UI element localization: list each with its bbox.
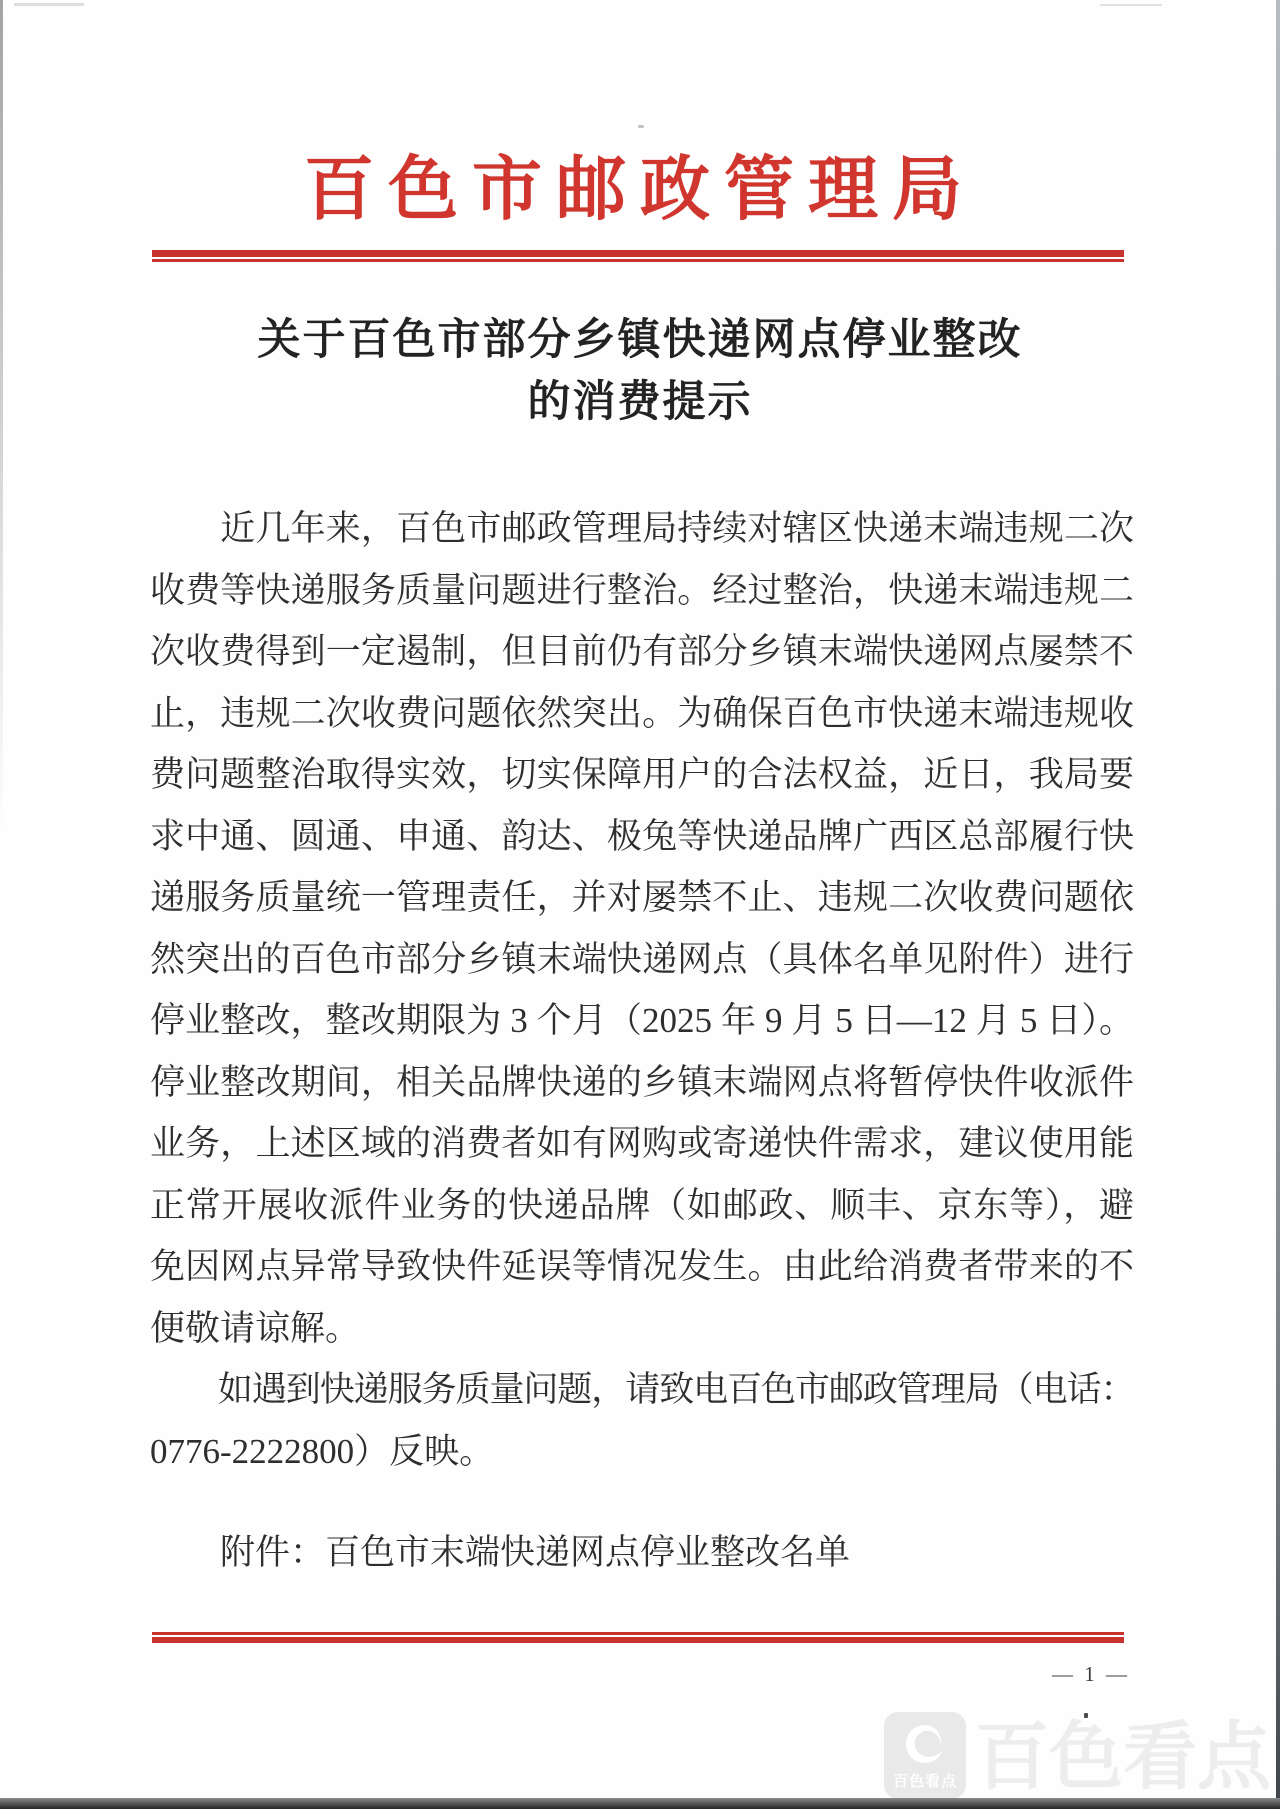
body-line: 近几年来，百色市邮政管理局持续对辖区快递末端违规二次: [150, 498, 1134, 560]
body-line: 止，违规二次收费问题依然突出。为确保百色市快递末端违规收: [150, 683, 1134, 745]
scan-speck: [1084, 1713, 1088, 1718]
agency-letterhead: 百色市邮政管理局: [0, 150, 1280, 232]
page-number: — 1 —: [1052, 1662, 1130, 1687]
body-line: 次收费得到一定遏制，但目前仍有部分乡镇末端快递网点屡禁不: [150, 621, 1134, 683]
body-line: 便敬请谅解。: [150, 1298, 1134, 1360]
page-edge-right: [1276, 0, 1280, 1809]
watermark-big-text: 百色看点: [975, 1698, 1271, 1804]
scan-artifact-line: [14, 3, 84, 6]
body-line: 然突出的百色市部分乡镇末端快递网点（具体名单见附件）进行: [150, 929, 1134, 991]
scanned-document-page: 百色市邮政管理局 关于百色市部分乡镇快递网点停业整改的消费提示 近几年来，百色市…: [0, 0, 1280, 1809]
body-line: 如遇到快递服务质量问题，请致电百色市邮政管理局（电话：: [150, 1359, 1134, 1421]
watermark: 百色看点 百色看点: [884, 1698, 1276, 1802]
watermark-logo-tile: 百色看点: [884, 1712, 966, 1799]
title-line-2: 的消费提示: [528, 379, 753, 426]
document-title: 关于百色市部分乡镇快递网点停业整改的消费提示: [0, 310, 1280, 434]
body-line: 免因网点异常导致快件延误等情况发生。由此给消费者带来的不: [150, 1236, 1134, 1298]
title-line-1: 关于百色市部分乡镇快递网点停业整改: [258, 317, 1023, 364]
page-edge-left: [0, 0, 3, 832]
body-line: 递服务质量统一管理责任，并对屡禁不止、违规二次收费问题依: [150, 867, 1134, 929]
watermark-logo-text: 百色看点: [893, 1770, 957, 1791]
page-edge-bottom: [0, 1798, 1280, 1809]
body-line: 业务，上述区域的消费者如有网购或寄递快件需求，建议使用能: [150, 1113, 1134, 1175]
red-divider-top: [152, 250, 1124, 262]
attachment-line: 附件：百色市末端快递网点停业整改名单: [150, 1522, 1134, 1584]
scan-artifact-line: [1100, 4, 1162, 6]
body-line: 停业整改，整改期限为 3 个月（2025 年 9 月 5 日—12 月 5 日）…: [150, 990, 1134, 1052]
body-line: 收费等快递服务质量问题进行整治。经过整治，快递末端违规二: [150, 560, 1134, 622]
body-line: 正常开展收派件业务的快递品牌（如邮政、顺丰、京东等），避: [150, 1175, 1134, 1237]
scan-speck: [638, 125, 644, 128]
body-line: 求中通、圆通、申通、韵达、极兔等快递品牌广西区总部履行快: [150, 806, 1134, 868]
swirl-icon: [901, 1720, 949, 1768]
body-line: 停业整改期间，相关品牌快递的乡镇末端网点将暂停快件收派件: [150, 1052, 1134, 1114]
body-line: 0776-2222800）反映。: [150, 1421, 1134, 1483]
red-divider-bottom: [152, 1632, 1124, 1643]
body-line: 费问题整治取得实效，切实保障用户的合法权益，近日，我局要: [150, 744, 1134, 806]
document-body: 近几年来，百色市邮政管理局持续对辖区快递末端违规二次收费等快递服务质量问题进行整…: [150, 498, 1134, 1584]
